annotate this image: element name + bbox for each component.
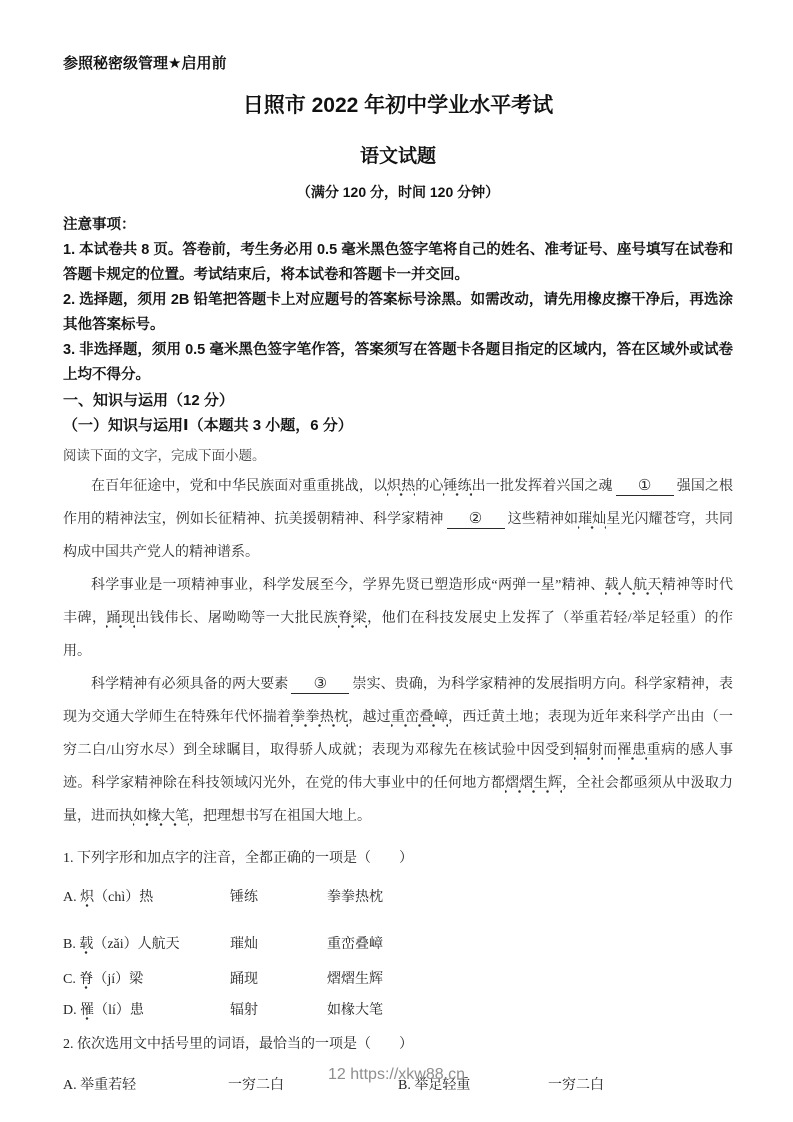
option-word-3: 如椽大笔	[327, 999, 383, 1019]
section-1-heading: 一、知识与运用（12 分）	[63, 388, 733, 413]
question-1-stem: 1. 下列字形和加点字的注音，全都正确的一项是（ ）	[63, 848, 733, 869]
fill-in-blank: ②	[447, 509, 505, 529]
circled-number: ③	[314, 676, 327, 692]
option-word-2: 辐射	[230, 999, 327, 1019]
page-number-and-source-url: 12 https://xkw88.cn	[0, 1066, 793, 1084]
question-1-option-a: A. 炽（chì）热锤练拳拳热枕	[63, 886, 733, 906]
fill-in-blank: ③	[291, 674, 349, 694]
question-1-option-b: B. 载（zǎi）人航天璀灿重峦叠嶂	[63, 933, 733, 953]
option-letter: A.	[63, 890, 77, 905]
option-word-3: 熠熠生辉	[327, 968, 383, 988]
exam-title: 日照市 2022 年初中学业水平考试	[63, 89, 733, 119]
subject-title: 语文试题	[63, 141, 733, 168]
notice-item-3: 3. 非选择题，须用 0.5 毫米黑色签字笔作答，答案须写在答题卡各题目指定的区…	[63, 338, 733, 388]
classification-notice: 参照秘密级管理★启用前	[63, 52, 733, 73]
reading-passage: 在百年征途中，党和中华民族面对重重挑战，以炽热的心锤练出一批发挥着兴国之魂①强国…	[63, 470, 733, 833]
option-word-3: 重峦叠嶂	[327, 933, 383, 953]
passage-paragraph-2: 科学事业是一项精神事业，科学发展至今，学界先贤已塑造形成“两弹一星”精神、载人航…	[63, 569, 733, 668]
option-word-3: 拳拳热枕	[327, 886, 383, 906]
reading-intro: 阅读下面的文字，完成下面小题。	[63, 445, 733, 467]
passage-paragraph-1: 在百年征途中，党和中华民族面对重重挑战，以炽热的心锤练出一批发挥着兴国之魂①强国…	[63, 470, 733, 569]
section-1-1-heading: （一）知识与运用Ⅰ（本题共 3 小题，6 分）	[63, 413, 733, 438]
option-word-2: 踊现	[230, 968, 327, 988]
option-word-1: 脊（jí）梁	[79, 972, 143, 990]
option-letter: C.	[63, 972, 76, 987]
question-2-stem: 2. 依次选用文中括号里的词语，最恰当的一项是（ ）	[63, 1034, 733, 1055]
notice-block: 注意事项： 1. 本试卷共 8 页。答卷前，考生务必用 0.5 毫米黑色签字笔将…	[63, 213, 733, 438]
circled-number: ①	[638, 478, 651, 494]
option-word-1: 炽（chì）热	[80, 890, 153, 908]
option-letter: D.	[63, 1003, 77, 1018]
notice-item-2: 2. 选择题，须用 2B 铅笔把答题卡上对应题号的答案标号涂黑。如需改动，请先用…	[63, 288, 733, 338]
option-word-1: 罹（lí）患	[80, 1003, 144, 1021]
fill-in-blank: ①	[616, 476, 674, 496]
notice-item-1: 1. 本试卷共 8 页。答卷前，考生务必用 0.5 毫米黑色签字笔将自己的姓名、…	[63, 238, 733, 288]
passage-paragraph-3: 科学精神有必须具备的两大要素③崇实、贵确，为科学家精神的发展指明方向。科学家精神…	[63, 668, 733, 833]
circled-number: ②	[469, 511, 482, 527]
question-1-option-c: C. 脊（jí）梁踊现熠熠生辉	[63, 968, 733, 988]
option-letter: B.	[63, 937, 76, 952]
score-time-line: （满分 120 分，时间 120 分钟）	[63, 182, 733, 202]
option-word-2: 璀灿	[230, 933, 327, 953]
exam-page: 参照秘密级管理★启用前 日照市 2022 年初中学业水平考试 语文试题 （满分 …	[63, 52, 733, 1094]
option-word-1: 载（zǎi）人航天	[79, 937, 179, 955]
option-word-2: 锤练	[230, 886, 327, 906]
question-1-option-d: D. 罹（lí）患辐射如椽大笔	[63, 999, 733, 1019]
notice-heading: 注意事项：	[63, 213, 733, 238]
